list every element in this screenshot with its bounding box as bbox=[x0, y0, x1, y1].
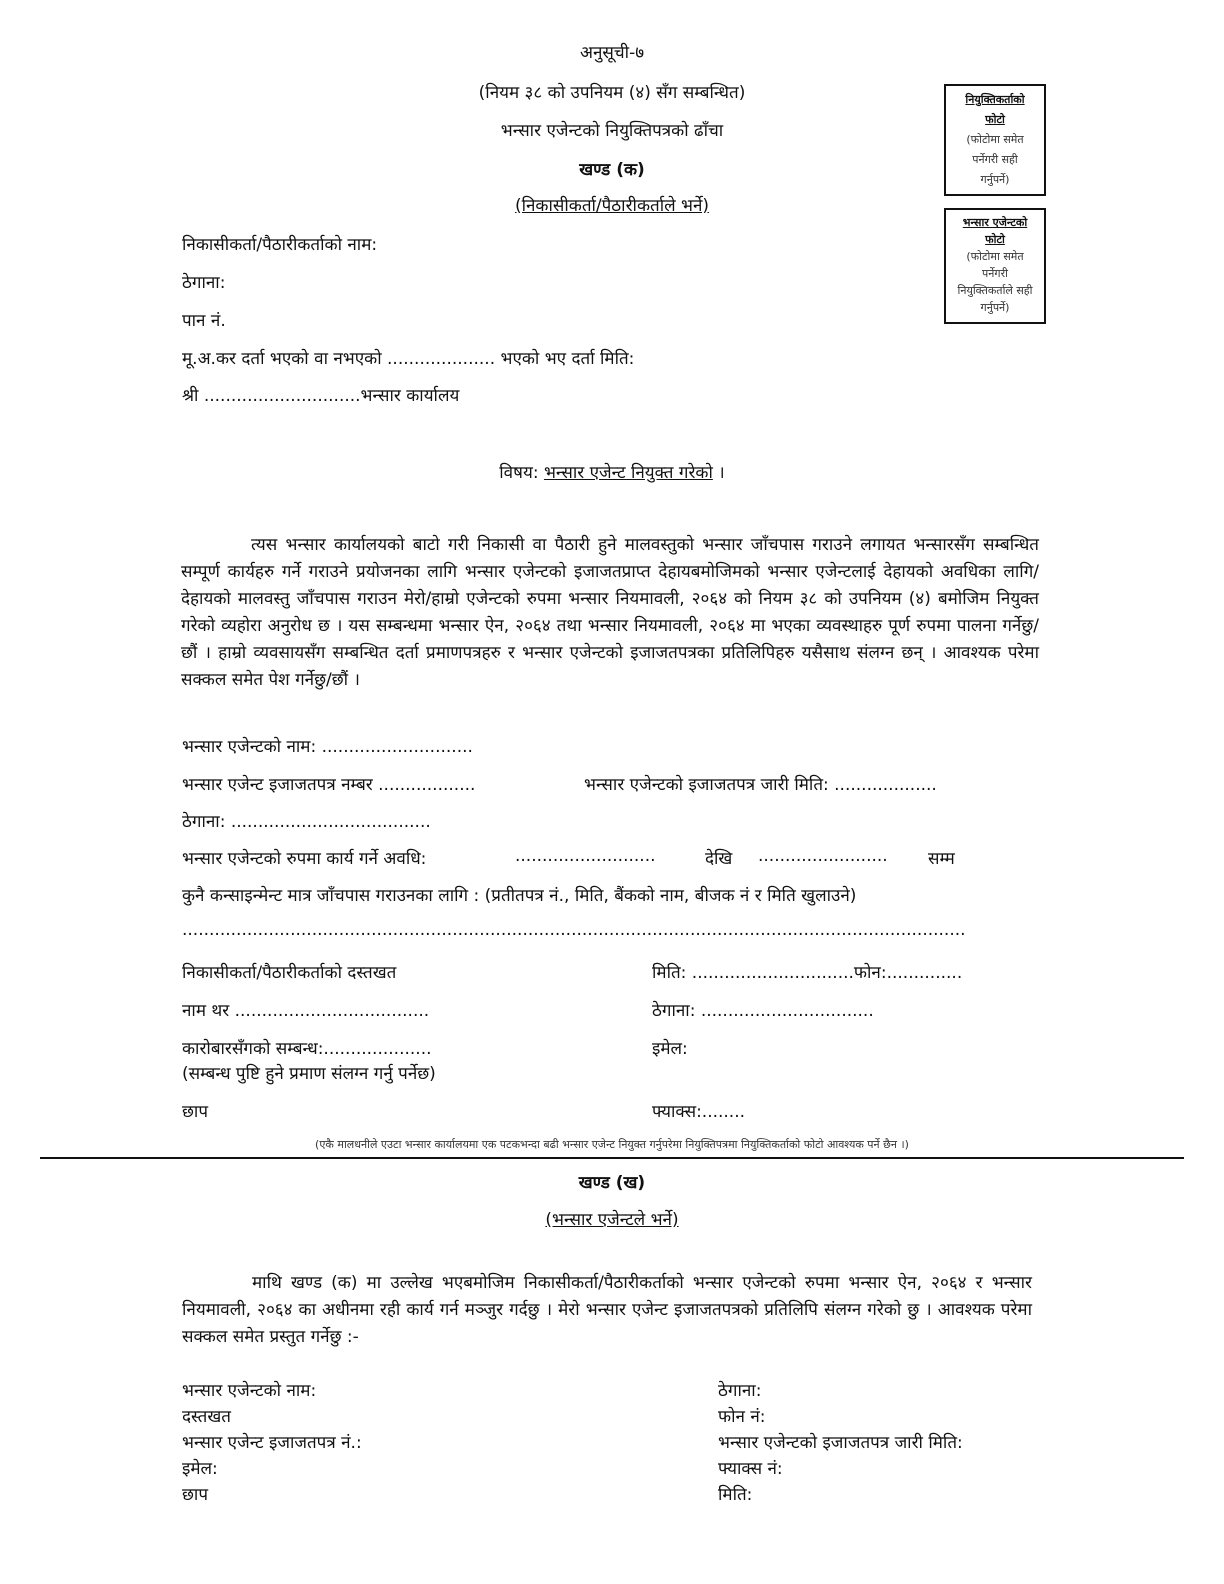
period-from-field[interactable]: .......................... bbox=[515, 846, 656, 866]
footnote: (एकै मालधनीले एउटा भन्सार कार्यालयमा एक … bbox=[0, 1137, 1224, 1152]
agent-period-label: भन्सार एजेन्टको रुपमा कार्य गर्ने अवधि: bbox=[182, 846, 426, 869]
subject-text: भन्सार एजेन्ट नियुक्त गरेको bbox=[544, 463, 713, 483]
applicant-address-field[interactable]: ठेगाना: bbox=[182, 270, 225, 293]
photo-box-note: पर्नेगरी bbox=[946, 265, 1044, 282]
applicant-stamp-field[interactable]: छाप bbox=[182, 1099, 208, 1122]
b-date-field[interactable]: मिति: bbox=[718, 1482, 752, 1505]
agent-name-field[interactable]: भन्सार एजेन्टको नाम: ...................… bbox=[182, 734, 473, 757]
photo-box-note: नियुक्तिकर्ताले सही bbox=[946, 282, 1044, 299]
appointer-photo-box[interactable]: नियुक्तिकर्ताको फोटो (फोटोमा समेत पर्नेग… bbox=[944, 84, 1046, 196]
photo-box-title-2: फोटो bbox=[946, 110, 1044, 130]
vat-registration-field[interactable]: मू.अ.कर दर्ता भएको वा नभएको ............… bbox=[182, 346, 634, 369]
photo-box-note: गर्नुपर्ने) bbox=[946, 170, 1044, 190]
photo-box-note: गर्नुपर्ने) bbox=[946, 299, 1044, 316]
agent-address-field[interactable]: ठेगाना: ................................… bbox=[182, 809, 431, 832]
b-signature-field[interactable]: दस्तखत bbox=[182, 1404, 231, 1427]
date-phone-field[interactable]: मिति: ..............................फोन:… bbox=[652, 960, 962, 983]
period-from-label: देखि bbox=[705, 846, 732, 869]
customs-office-field[interactable]: श्री .............................भन्सार… bbox=[182, 383, 459, 406]
section-a-subtitle-text: (निकासीकर्ता/पैठारीकर्ताले भर्ने) bbox=[515, 196, 709, 216]
b-stamp-field[interactable]: छाप bbox=[182, 1482, 208, 1505]
agent-license-number-field[interactable]: भन्सार एजेन्ट इजाजतपत्र नम्बर ..........… bbox=[182, 772, 475, 795]
appointment-paragraph-text: त्यस भन्सार कार्यालयको बाटो गरी निकासी व… bbox=[181, 535, 1039, 690]
agent-license-date-field[interactable]: भन्सार एजेन्टको इजाजतपत्र जारी मिति: ...… bbox=[584, 772, 937, 795]
b-fax-field[interactable]: फ्याक्स नं: bbox=[718, 1456, 783, 1479]
subject-label: विषय: bbox=[499, 463, 538, 483]
agent-photo-box[interactable]: भन्सार एजेन्टको फोटो (फोटोमा समेत पर्नेग… bbox=[944, 208, 1046, 324]
photo-box-note: (फोटोमा समेत bbox=[946, 248, 1044, 265]
subject-end: । bbox=[718, 463, 724, 483]
section-divider bbox=[40, 1157, 1184, 1159]
period-to-field[interactable]: ........................ bbox=[758, 846, 888, 866]
relation-proof-note: (सम्बन्ध पुष्टि हुने प्रमाण संलग्न गर्नु… bbox=[182, 1061, 436, 1084]
section-b-subtitle: (भन्सार एजेन्टले भर्ने) bbox=[0, 1207, 1224, 1230]
b-license-date-field[interactable]: भन्सार एजेन्टको इजाजतपत्र जारी मिति: bbox=[718, 1430, 963, 1453]
applicant-name-field[interactable]: निकासीकर्ता/पैठारीकर्ताको नाम: bbox=[182, 232, 377, 255]
photo-box-note: (फोटोमा समेत bbox=[946, 130, 1044, 150]
consignment-details-field[interactable]: ........................................… bbox=[182, 920, 1042, 940]
agent-consent-paragraph-text: माथि खण्ड (क) मा उल्लेख भएबमोजिम निकासीक… bbox=[182, 1273, 1032, 1347]
b-email-field[interactable]: इमेल: bbox=[182, 1456, 218, 1479]
subject-line: विषय: भन्सार एजेन्ट नियुक्त गरेको । bbox=[0, 460, 1224, 483]
photo-box-title-2: फोटो bbox=[946, 231, 1044, 248]
schedule-number: अनुसूची-७ bbox=[0, 40, 1224, 63]
b-address-field[interactable]: ठेगाना: bbox=[718, 1378, 761, 1401]
photo-box-note: पर्नेगरी सही bbox=[946, 150, 1044, 170]
appointment-paragraph: त्यस भन्सार कार्यालयको बाटो गरी निकासी व… bbox=[181, 532, 1039, 694]
pan-number-field[interactable]: पान नं. bbox=[182, 308, 226, 331]
b-license-number-field[interactable]: भन्सार एजेन्ट इजाजतपत्र नं.: bbox=[182, 1430, 362, 1453]
b-phone-field[interactable]: फोन नं: bbox=[718, 1404, 766, 1427]
business-relation-field[interactable]: कारोबारसँगको सम्बन्ध:...................… bbox=[182, 1036, 432, 1059]
signer-fax-field[interactable]: फ्याक्स:........ bbox=[652, 1099, 745, 1122]
period-to-label: सम्म bbox=[928, 846, 955, 869]
photo-box-title: नियुक्तिकर्ताको bbox=[946, 90, 1044, 110]
signer-email-field[interactable]: इमेल: bbox=[652, 1036, 688, 1059]
applicant-fullname-field[interactable]: नाम थर .................................… bbox=[182, 998, 429, 1021]
b-agent-name-field[interactable]: भन्सार एजेन्टको नाम: bbox=[182, 1378, 316, 1401]
section-b-title: खण्ड (ख) bbox=[0, 1170, 1224, 1193]
section-b-subtitle-text: (भन्सार एजेन्टले भर्ने) bbox=[545, 1210, 678, 1230]
photo-box-title: भन्सार एजेन्टको bbox=[946, 214, 1044, 231]
signer-address-field[interactable]: ठेगाना: ................................ bbox=[652, 998, 874, 1021]
applicant-signature-field[interactable]: निकासीकर्ता/पैठारीकर्ताको दस्तखत bbox=[182, 960, 396, 983]
agent-consent-paragraph: माथि खण्ड (क) मा उल्लेख भएबमोजिम निकासीक… bbox=[182, 1270, 1032, 1351]
consignment-field-label: कुनै कन्साइन्मेन्ट मात्र जाँचपास गराउनका… bbox=[182, 883, 856, 906]
